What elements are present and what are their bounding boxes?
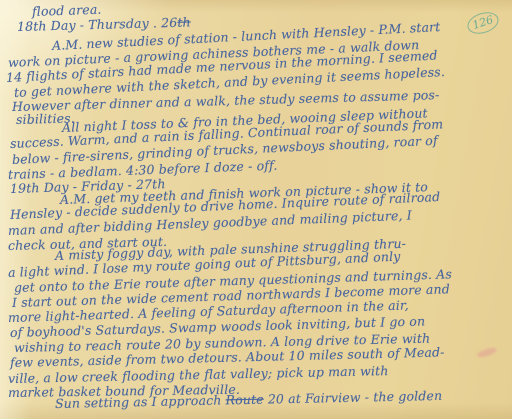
- journal-text: 20 at Fairview - the golden: [264, 388, 443, 407]
- journal-text: Sun setting as I approach: [55, 392, 226, 411]
- page-number-badge: 126: [465, 9, 502, 38]
- pink-smudge-mark: [476, 346, 497, 359]
- journal-text: 18th Day - Thursday . 26: [17, 15, 178, 34]
- struck-word: th: [177, 14, 191, 29]
- journal-line: flood area.: [32, 3, 102, 18]
- struck-word: Route: [225, 392, 263, 408]
- journal-page: 126 flood area.18th Day - Thursday . 26t…: [0, 0, 512, 419]
- journal-line: 18th Day - Thursday . 26th: [17, 15, 191, 33]
